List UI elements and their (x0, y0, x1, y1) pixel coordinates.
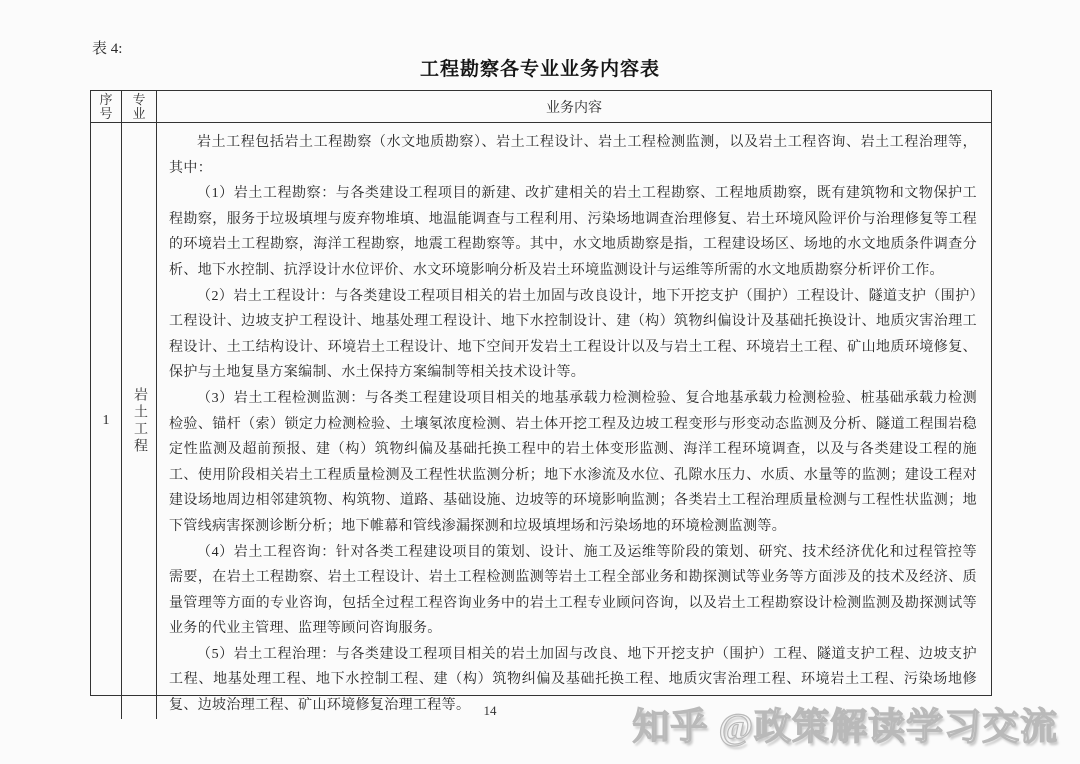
paragraph-intro: 岩土工程包括岩土工程勘察（水文地质勘察）、岩土工程设计、岩土工程检测监测，以及岩… (169, 130, 977, 181)
column-header-specialty-label: 专 业 (132, 93, 145, 121)
column-header-specialty: 专 业 (121, 91, 156, 123)
paragraph-consulting: （4）岩土工程咨询：针对各类工程建设项目的策划、设计、施工及运维等阶段的策划、研… (169, 540, 977, 642)
row-content-cell: 岩土工程包括岩土工程勘察（水文地质勘察）、岩土工程设计、岩土工程检测监测，以及岩… (156, 123, 991, 719)
business-content-table: 序 号 专 业 业务内容 1 岩土工程 岩土工程包括岩土工程勘察（水文地质勘察）… (90, 90, 992, 696)
document-page: 表 4: 工程勘察各专业业务内容表 序 号 专 业 业务内容 1 岩土工程 岩土… (0, 0, 1080, 764)
row-specialty-value: 岩土工程 (129, 387, 149, 455)
paragraph-testing-monitoring: （3）岩土工程检测监测：与各类工程建设项目相关的地基承载力检测检验、复合地基承载… (169, 386, 977, 540)
column-header-index-label: 序 号 (99, 93, 112, 121)
row-specialty-cell: 岩土工程 (121, 123, 156, 719)
paragraph-design: （2）岩土工程设计：与各类建设工程项目相关的岩土加固与改良设计，地下开挖支护（围… (169, 284, 977, 386)
row-index-cell: 1 (91, 123, 121, 719)
page-title: 工程勘察各专业业务内容表 (0, 54, 1080, 81)
watermark-text: 知乎 @政策解读学习交流 (632, 696, 1058, 750)
paragraph-survey: （1）岩土工程勘察：与各类建设工程项目的新建、改扩建相关的岩土工程勘察、工程地质… (169, 181, 977, 283)
column-header-content: 业务内容 (156, 91, 991, 123)
row-index-value: 1 (103, 413, 110, 429)
column-header-index: 序 号 (91, 91, 121, 123)
column-header-content-label: 业务内容 (546, 97, 602, 117)
